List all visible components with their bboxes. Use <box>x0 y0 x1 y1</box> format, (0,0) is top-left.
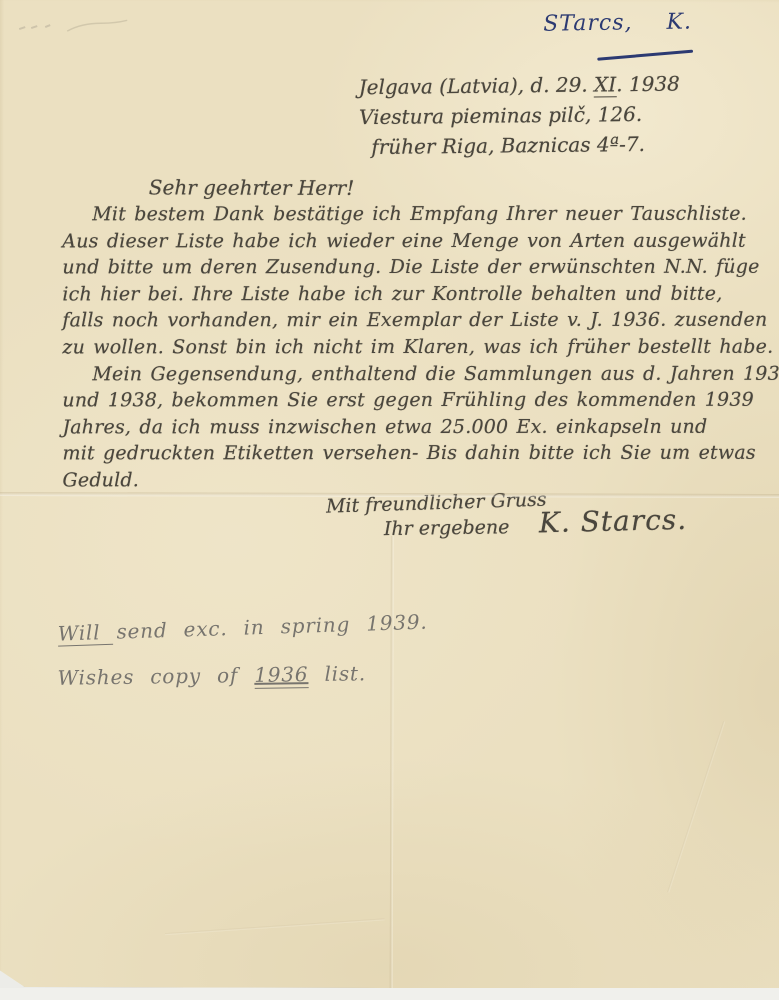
scanner-background <box>0 988 779 1000</box>
archivist-annotation: STarcs, K. <box>543 9 692 36</box>
letter-line: und 1938, bekommen Sie erst gegen Frühli… <box>62 387 742 414</box>
faint-corner-marks <box>15 15 145 51</box>
letter-line: Mit bestem Dank bestätige ich Empfang Ih… <box>62 201 742 228</box>
letter-scan: STarcs, K. Jelgava (Latvia), d. 29. XI. … <box>0 0 779 1000</box>
pencil-note-1: Will send exc. in spring 1939. <box>57 610 427 646</box>
letter-body: Mit bestem Dank bestätige ich Empfang Ih… <box>62 201 742 494</box>
paper-wrinkle <box>667 721 725 893</box>
month-numeral: XI <box>594 72 616 97</box>
letter-heading: Jelgava (Latvia), d. 29. XI. 1938 Viestu… <box>358 69 680 163</box>
address-line-1: Viestura pieminas pilč, 126. <box>359 99 681 133</box>
address-line-2: früher Riga, Baznicas 4ª-7. <box>359 129 681 163</box>
closing-valediction: Ihr ergebene <box>384 516 510 540</box>
place-date-line: Jelgava (Latvia), d. 29. XI. 1938 <box>358 69 680 103</box>
pencil-note-2: Wishes copy of 1936 list. <box>57 661 366 690</box>
letter-line: zu wollen. Sonst bin ich nicht im Klaren… <box>62 334 742 361</box>
paper-wrinkle <box>165 918 385 935</box>
letter-line: Aus dieser Liste habe ich wieder eine Me… <box>62 227 742 254</box>
annotation-underline <box>597 50 693 61</box>
letter-line: ich hier bei. Ihre Liste habe ich zur Ko… <box>62 281 742 308</box>
letter-line: Jahres, da ich muss inzwischen etwa 25.0… <box>62 413 742 440</box>
double-underlined-year: 1936 <box>254 662 308 689</box>
letter-paper: STarcs, K. Jelgava (Latvia), d. 29. XI. … <box>0 0 779 989</box>
letter-line: falls noch vorhanden, mir ein Exemplar d… <box>62 307 742 334</box>
salutation: Sehr geehrter Herr! <box>149 175 355 200</box>
annotation-initial: K. <box>666 9 692 34</box>
letter-line: mit gedruckten Etiketten versehen- Bis d… <box>62 440 742 467</box>
letter-line: und bitte um deren Zusendung. Die Liste … <box>62 254 742 281</box>
letter-line: Geduld. <box>62 467 742 494</box>
vertical-fold-crease <box>390 536 394 988</box>
annotation-surname: STarcs, <box>543 10 633 36</box>
letter-line: Mein Gegensendung, enthaltend die Sammlu… <box>62 360 742 387</box>
signature: K. Starcs. <box>539 503 688 539</box>
